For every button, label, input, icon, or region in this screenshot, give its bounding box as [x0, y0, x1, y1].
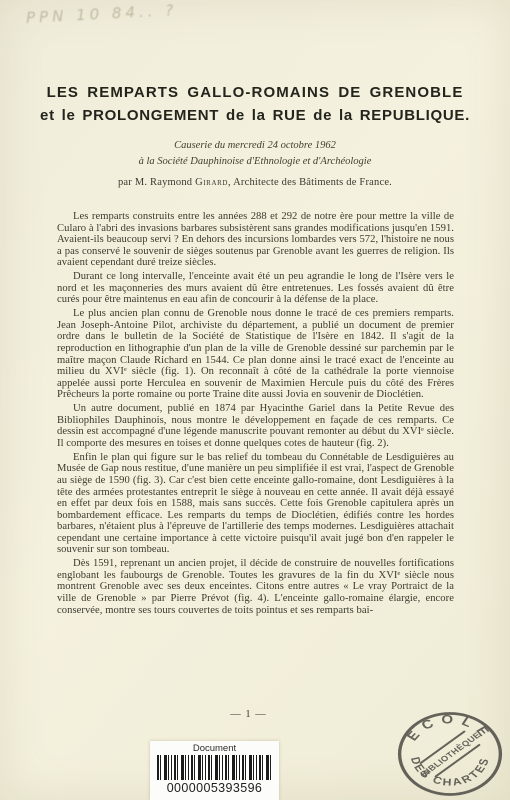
author-byline: par M. Raymond Girard, Architecte des Bâ…: [0, 177, 510, 188]
svg-text:ECOLE: ECOLE: [404, 713, 497, 743]
paragraph-1: Les remparts construits entre les années…: [57, 211, 454, 269]
body-text: Les remparts construits entre les années…: [57, 211, 454, 619]
paragraph-3: Le plus ancien plan connu de Grenoble no…: [57, 308, 454, 400]
title-line-1: LES REMPARTS GALLO-ROMAINS DE GRENOBLE: [0, 84, 510, 101]
page-number: — 1 —: [57, 709, 440, 720]
byline-suffix: , Architecte des Bâtiments de France.: [228, 177, 392, 188]
document-title: LES REMPARTS GALLO-ROMAINS DE GRENOBLE e…: [0, 84, 510, 124]
library-barcode-label: Document 0000005393596: [150, 741, 279, 800]
lecture-subtitle: Causerie du mercredi 24 octobre 1962 à l…: [0, 138, 510, 169]
byline-prefix: par M. Raymond: [118, 177, 195, 188]
paragraph-4: Un autre document, publié en 1874 par Hy…: [57, 403, 454, 449]
paragraph-6: Dès 1591, reprenant un ancien projet, il…: [57, 558, 454, 616]
paragraph-5: Enfin le plan qui figure sur le bas reli…: [57, 452, 454, 556]
paragraph-2: Durant ce long intervalle, l'enceinte av…: [57, 271, 454, 306]
barcode-number: 0000005393596: [150, 781, 279, 795]
title-line-2: et le PROLONGEMENT de la RUE de la REPUB…: [0, 107, 510, 124]
subtitle-date-line: Causerie du mercredi 24 octobre 1962: [0, 138, 510, 154]
subtitle-society-line: à la Société Dauphinoise d'Ethnologie et…: [0, 154, 510, 170]
barcode-stripes-icon: [157, 755, 272, 780]
author-name: Girard: [195, 177, 228, 188]
barcode-title: Document: [150, 741, 279, 754]
library-stamp: ECOLE DES CHARTES BIBLIOTHÈQUE: [394, 709, 506, 799]
stamp-text-top: ECOLE: [404, 713, 497, 743]
